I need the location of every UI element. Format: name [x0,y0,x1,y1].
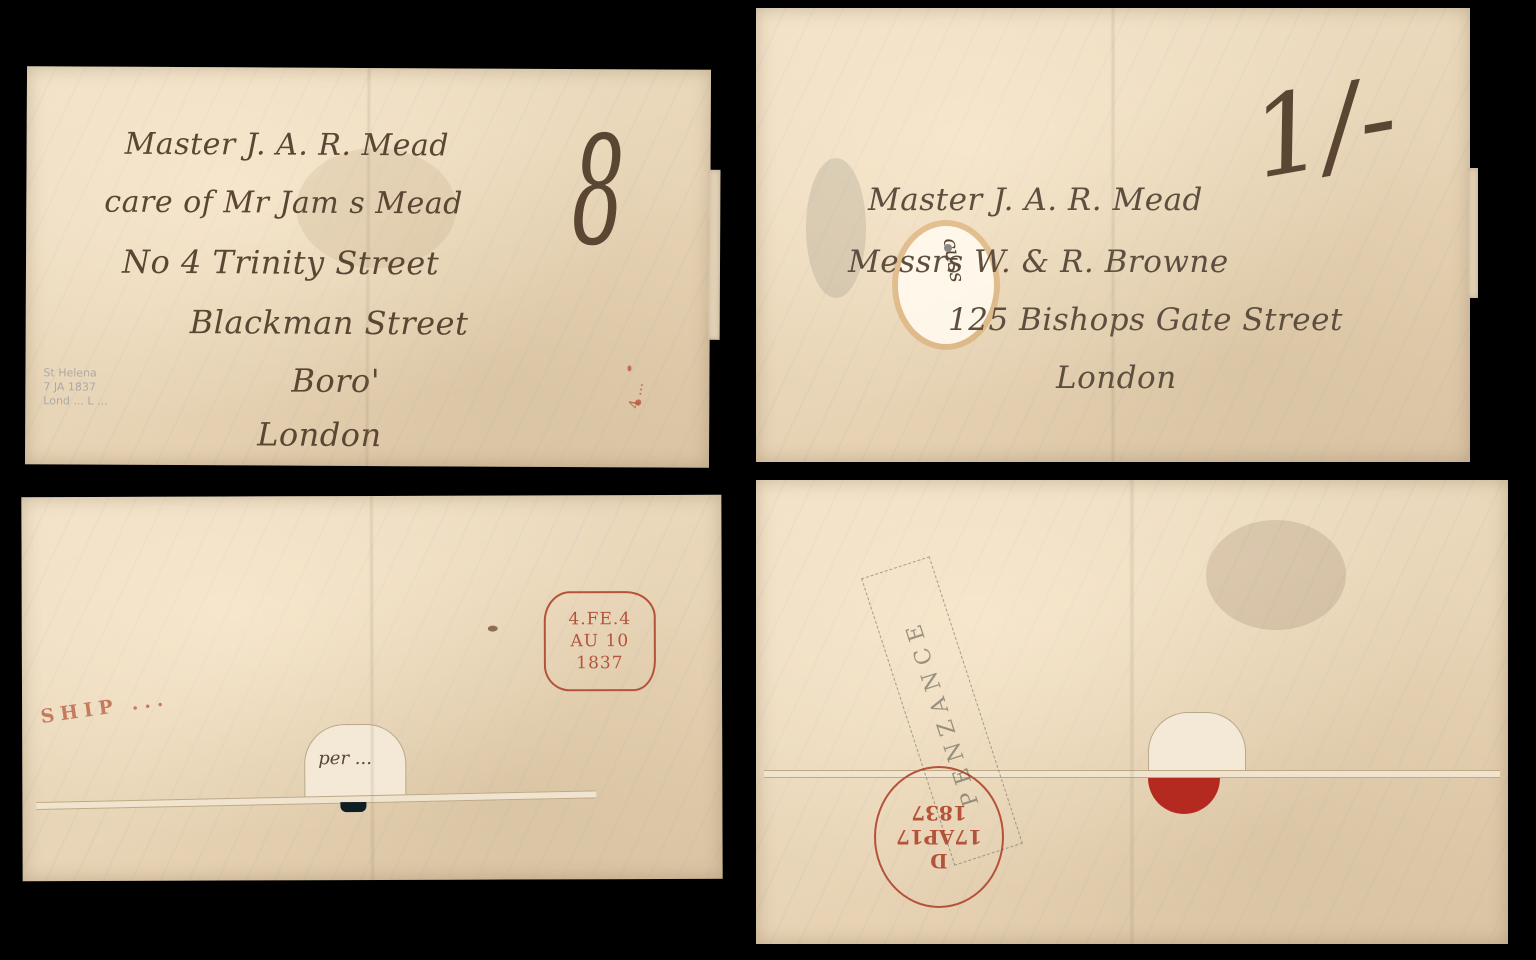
rate-mark-8: 8 [571,117,624,267]
address-line-2: care of Mr Jam s Mead [104,185,463,222]
seal-flap [1148,712,1246,776]
folded-edge [1468,168,1478,298]
pencil-note: St Helena 7 JA 1837 Lond ... L ... [43,366,107,408]
address-line-1: Master J. A. R. Mead [125,127,450,164]
wax-seal-black [340,802,366,812]
arc-handstamp: SHIP ... [39,688,170,728]
rate-mark: 1/- [1242,52,1406,203]
wax-seal-red [1148,778,1220,814]
soiling [806,158,866,298]
ink-spatter [627,365,631,371]
fancy-datestamp: 4.FE.4 AU 10 1837 [544,591,656,691]
address-line-4: Blackman Street [190,303,469,342]
ink-spatter [635,399,641,405]
flap-note: per ... [318,748,372,769]
letter-front-2: cuss Master J. A. R. Mead Messrs W. & R.… [756,8,1470,462]
address-line-5: Boro' [291,362,380,400]
address-line-2: Messrs W. & R. Browne [848,244,1229,280]
address-line-1: Master J. A. R. Mead [868,182,1203,218]
letter-front-1: Master J. A. R. Mead care of Mr Jam s Me… [25,66,711,468]
address-line-4: London [1056,360,1177,396]
address-line-3: 125 Bishops Gate Street [948,302,1343,338]
red-transit-mark: 4 ... [626,381,647,410]
folded-edge [708,170,721,340]
fold [764,770,1500,778]
ink-smudge [1206,520,1346,630]
letter-back-2: D 17AP17 1837 PENZANCE [756,480,1508,944]
address-line-3: No 4 Trinity Street [122,243,439,283]
address-line-6: London [257,415,382,454]
ink-mark [488,626,498,632]
letter-back-1: 4.FE.4 AU 10 1837 SHIP ... per ... [21,495,722,881]
